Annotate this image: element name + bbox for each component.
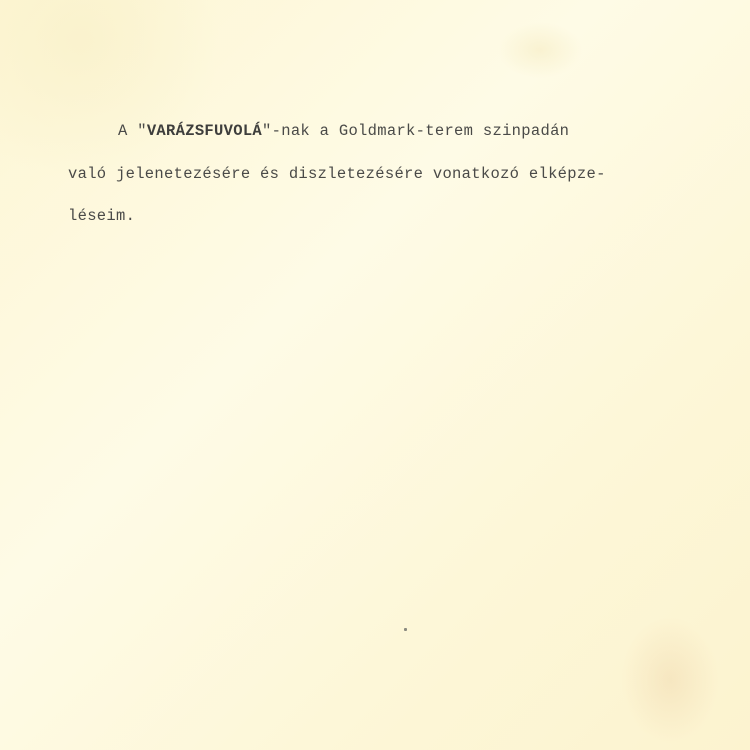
text-line-1: A "VARÁZSFUVOLÁ"-nak a Goldmark-terem sz…: [118, 124, 569, 140]
line1-prefix: A ": [118, 122, 147, 140]
text-line-2: való jelenetezésére és diszletezésére vo…: [68, 167, 606, 183]
typewritten-page: A "VARÁZSFUVOLÁ"-nak a Goldmark-terem sz…: [0, 0, 750, 750]
line1-suffix: "-nak a Goldmark-terem szinpadán: [262, 122, 569, 140]
text-line-3: léseim.: [68, 209, 135, 225]
paper-speck: [404, 628, 407, 631]
opera-title: VARÁZSFUVOLÁ: [147, 122, 262, 140]
